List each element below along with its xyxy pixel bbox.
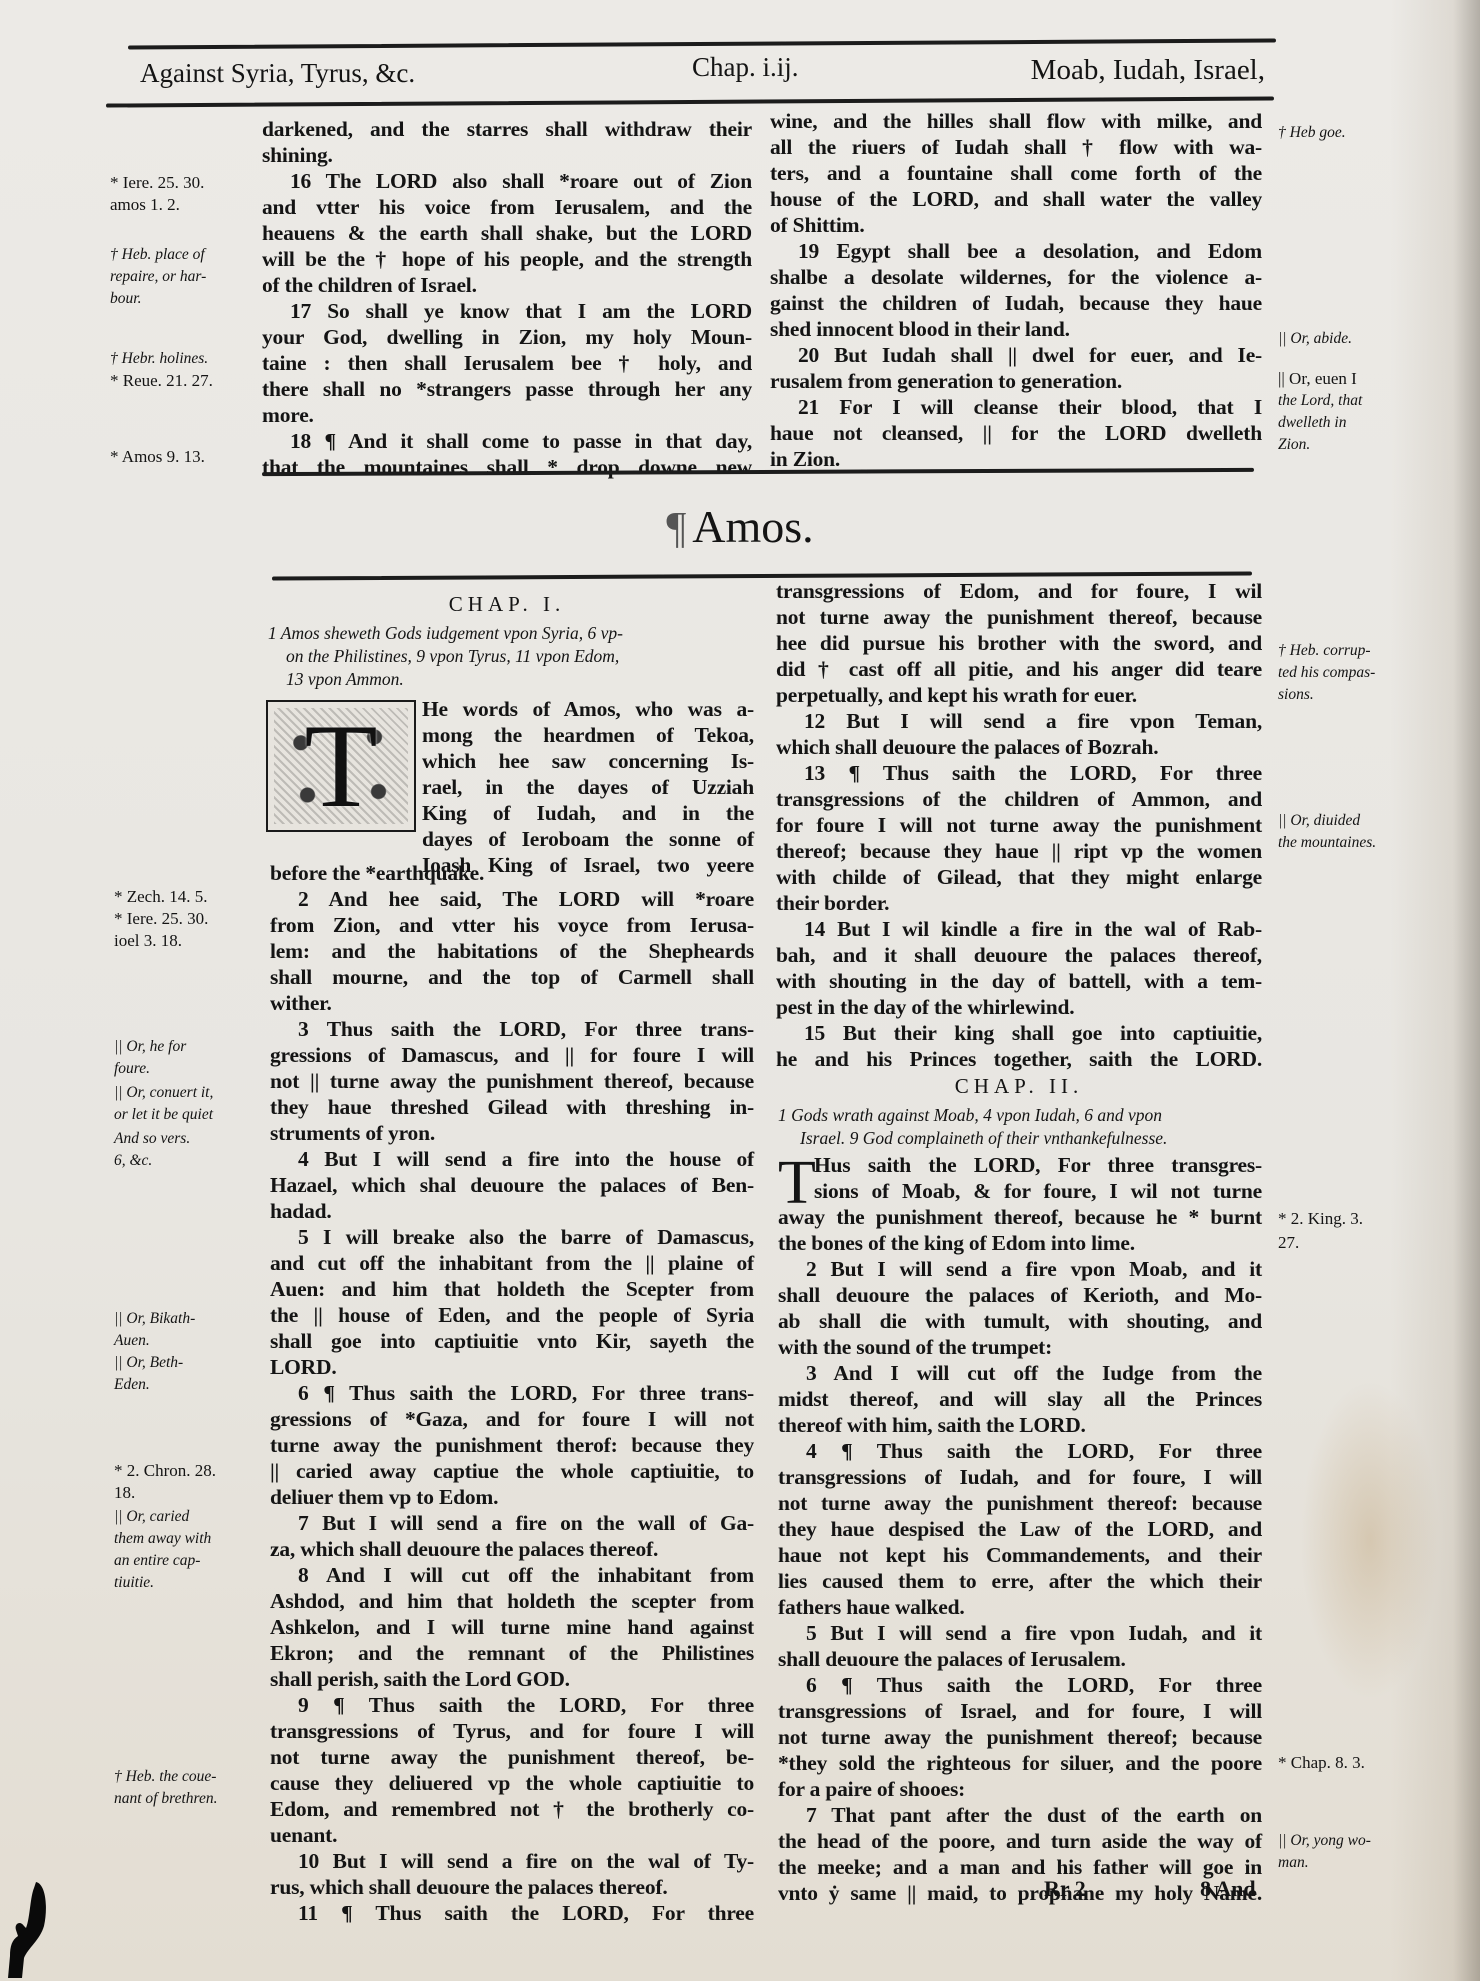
text-line: not turne away the punishment thereof, b… bbox=[270, 1744, 754, 1770]
text-line: there shall no *strangers passe through … bbox=[262, 376, 752, 402]
text-line: not turne away the punishment thereof: b… bbox=[778, 1490, 1262, 1516]
text-line: wither. bbox=[270, 990, 754, 1016]
margin-note: * Reue. 21. 27. bbox=[110, 370, 213, 392]
text-line: fathers haue walked. bbox=[778, 1594, 1262, 1620]
text-line: gainst the children of Iudah, because th… bbox=[770, 290, 1262, 316]
text-line: house of the LORD, and shall water the v… bbox=[770, 186, 1262, 212]
margin-note: nant of brethren. bbox=[114, 1788, 217, 1810]
text-line: shining. bbox=[262, 142, 752, 168]
margin-note: † Hebr. holines. bbox=[110, 348, 208, 370]
text-line: ters, and a fountaine shall come forth o… bbox=[770, 160, 1262, 186]
margin-note: || Or, euen I bbox=[1278, 368, 1357, 390]
verse-4: 4 But I will send a fire into the house … bbox=[270, 1146, 754, 1172]
text-line: heauens & the earth shall shake, but the… bbox=[262, 220, 752, 246]
verse-12: 12 But I will send a fire vpon Teman, bbox=[776, 708, 1262, 734]
text-line: deliuer them vp to Edom. bbox=[270, 1484, 754, 1510]
text-line: their border. bbox=[776, 890, 1262, 916]
verse-17: 17 So shall ye know that I am the LORD bbox=[262, 298, 752, 324]
running-header-right: Moab, Iudah, Israel, bbox=[1031, 54, 1265, 87]
text-line: thereof; because they haue || ript vp th… bbox=[776, 838, 1262, 864]
verse-18: 18 ¶ And it shall come to passe in that … bbox=[262, 428, 752, 454]
chapter-1-left-column: before the *earthquake. 2 And hee said, … bbox=[270, 860, 754, 1926]
margin-note: And so vers. bbox=[114, 1128, 190, 1150]
text-line: the bones of the king of Edom into lime. bbox=[778, 1230, 1262, 1256]
margin-note: foure. bbox=[114, 1058, 150, 1080]
verse-4: 4 ¶ Thus saith the LORD, For three bbox=[778, 1438, 1262, 1464]
text-line: shall deuoure the palaces of Kerioth, an… bbox=[778, 1282, 1262, 1308]
book-title: ¶Amos. bbox=[0, 500, 1480, 553]
margin-note: * 2. King. 3. bbox=[1278, 1208, 1363, 1230]
margin-note: * 2. Chron. 28. bbox=[114, 1460, 216, 1482]
running-header-chapter: Chap. i.ij. bbox=[692, 52, 799, 83]
text-line: turne away the punishment therof: becaus… bbox=[270, 1432, 754, 1458]
text-line: *they sold the righteous for siluer, and… bbox=[778, 1750, 1262, 1776]
text-line: Hus saith the LORD, For three transgres- bbox=[814, 1152, 1262, 1178]
margin-note: || Or, Bikath- bbox=[114, 1308, 195, 1330]
catchword: 8 And bbox=[1200, 1876, 1256, 1902]
signature-mark: Rr 2 bbox=[1044, 1876, 1086, 1902]
margin-note: tiuitie. bbox=[114, 1572, 154, 1594]
margin-note: † Heb. corrup- bbox=[1278, 640, 1371, 662]
text-line: the || house of Eden, and the people of … bbox=[270, 1302, 754, 1328]
verse-10: 10 But I will send a fire on the wal of … bbox=[270, 1848, 754, 1874]
verse-20: 20 But Iudah shall || dwel for euer, and… bbox=[770, 342, 1262, 368]
text-line: || caried away captiue the whole captiui… bbox=[270, 1458, 754, 1484]
margin-note: * Zech. 14. 5. bbox=[114, 886, 207, 908]
text-line: mong the heardmen of Tekoa, bbox=[422, 722, 754, 748]
book-title-text: Amos. bbox=[692, 501, 813, 552]
text-line: not turne away the punishment thereof; b… bbox=[778, 1724, 1262, 1750]
margin-note: repaire, or har- bbox=[110, 266, 206, 288]
drop-cap-letter: T bbox=[304, 706, 377, 826]
text-line: did † cast off all pitie, and his anger … bbox=[776, 656, 1262, 682]
text-line: hee did pursue his brother with the swor… bbox=[776, 630, 1262, 656]
margin-note: || Or, abide. bbox=[1278, 328, 1352, 350]
text-line: lem: and the habitations of the Shephear… bbox=[270, 938, 754, 964]
text-line: midst thereof, and will slay all the Pri… bbox=[778, 1386, 1262, 1412]
chapter-1-right-column: transgressions of Edom, and for foure, I… bbox=[776, 578, 1262, 1072]
margin-note: 6, &c. bbox=[114, 1150, 152, 1172]
margin-note: * Iere. 25. 30. bbox=[110, 172, 204, 194]
text-line: haue not cleansed, || for the LORD dwell… bbox=[770, 420, 1262, 446]
header-bottom-rule bbox=[106, 96, 1274, 107]
margin-note: ted his compas- bbox=[1278, 662, 1375, 684]
verse-6: 6 ¶ Thus saith the LORD, For three bbox=[778, 1672, 1262, 1698]
margin-note: * Chap. 8. 3. bbox=[1278, 1752, 1365, 1774]
text-line: they haue despised the Law of the LORD, … bbox=[778, 1516, 1262, 1542]
text-line: with childe of Gilead, that they might e… bbox=[776, 864, 1262, 890]
text-line: Ashdod, and him that holdeth the scepter… bbox=[270, 1588, 754, 1614]
verse-8: 8 And I will cut off the inhabitant from bbox=[270, 1562, 754, 1588]
text-line: gressions of *Gaza, and for foure I will… bbox=[270, 1406, 754, 1432]
text-line: Ashkelon, and I will turne mine hand aga… bbox=[270, 1614, 754, 1640]
text-line: shall deuoure the palaces of Ierusalem. bbox=[778, 1646, 1262, 1672]
chapter-1-heading: CHAP. I. bbox=[262, 592, 752, 617]
top-left-margin-notes: * Iere. 25. 30. amos 1. 2. † Heb. place … bbox=[110, 172, 260, 472]
text-line: shall goe into captiuitie vnto Kir, saye… bbox=[270, 1328, 754, 1354]
text-line: Hazael, which shal deuoure the palaces o… bbox=[270, 1172, 754, 1198]
text-line: He words of Amos, who was a- bbox=[422, 696, 754, 722]
top-right-column: wine, and the hilles shall flow with mil… bbox=[770, 108, 1262, 472]
pilcrow-icon: ¶ bbox=[666, 503, 686, 552]
verse-16: 16 The LORD also shall *roare out of Zio… bbox=[262, 168, 752, 194]
verse-13: 13 ¶ Thus saith the LORD, For three bbox=[776, 760, 1262, 786]
text-line: transgressions of Iudah, and for foure, … bbox=[778, 1464, 1262, 1490]
text-line: shalbe a desolate wildernes, for the vio… bbox=[770, 264, 1262, 290]
text-line: for foure I will not turne away the puni… bbox=[776, 812, 1262, 838]
verse-19: 19 Egypt shall bee a desolation, and Edo… bbox=[770, 238, 1262, 264]
text-line: darkened, and the starres shall withdraw… bbox=[262, 116, 752, 142]
text-line: which shall deuoure the palaces of Bozra… bbox=[776, 734, 1262, 760]
text-line: shed innocent blood in their land. bbox=[770, 316, 1262, 342]
text-line: rus, which shall deuoure the palaces the… bbox=[270, 1874, 754, 1900]
text-line: wine, and the hilles shall flow with mil… bbox=[770, 108, 1262, 134]
text-line: rusalem from generation to generation. bbox=[770, 368, 1262, 394]
chapter-2-heading: CHAP. II. bbox=[776, 1074, 1262, 1099]
margin-note: Zion. bbox=[1278, 434, 1310, 456]
text-line: and cut off the inhabitant from the || p… bbox=[270, 1250, 754, 1276]
text-line: shall mourne, and the top of Carmell sha… bbox=[270, 964, 754, 990]
verse-2: 2 And hee said, The LORD will *roare bbox=[270, 886, 754, 912]
text-line: transgressions of Israel, and for foure,… bbox=[778, 1698, 1262, 1724]
text-line: lies caused them to erre, after the whic… bbox=[778, 1568, 1262, 1594]
text-line: bah, and it shall deuoure the palaces th… bbox=[776, 942, 1262, 968]
text-line: the meeke; and a man and his father will… bbox=[778, 1854, 1262, 1880]
verse-5: 5 I will breake also the barre of Damasc… bbox=[270, 1224, 754, 1250]
chapter-1-left-margin-notes: * Zech. 14. 5. * Iere. 25. 30. ioel 3. 1… bbox=[114, 886, 264, 1886]
text-line: transgressions of Edom, and for foure, I… bbox=[776, 578, 1262, 604]
margin-note: an entire cap- bbox=[114, 1550, 200, 1572]
chapter-2-opening: Hus saith the LORD, For three transgres-… bbox=[814, 1152, 1262, 1204]
text-line: za, which shall deuoure the palaces ther… bbox=[270, 1536, 754, 1562]
text-line: haue not kept his Commandements, and the… bbox=[778, 1542, 1262, 1568]
verse-9: 9 ¶ Thus saith the LORD, For three bbox=[270, 1692, 754, 1718]
text-line: ab shall die with tumult, with shouting,… bbox=[778, 1308, 1262, 1334]
text-line: hadad. bbox=[270, 1198, 754, 1224]
margin-note: the Lord, that bbox=[1278, 390, 1362, 412]
text-line: taine : then shall Ierusalem bee † holy,… bbox=[262, 350, 752, 376]
margin-note: or let it be quiet bbox=[114, 1104, 213, 1126]
margin-note: amos 1. 2. bbox=[110, 194, 180, 216]
text-line: not || turne away the punishment thereof… bbox=[270, 1068, 754, 1094]
text-line: before the *earthquake. bbox=[270, 860, 754, 886]
verse-14: 14 But I wil kindle a fire in the wal of… bbox=[776, 916, 1262, 942]
margin-note: || Or, caried bbox=[114, 1506, 189, 1528]
text-line: for a paire of shooes: bbox=[778, 1776, 1262, 1802]
running-header: Against Syria, Tyrus, &c. Chap. i.ij. Mo… bbox=[140, 52, 1265, 92]
verse-7: 7 That pant after the dust of the earth … bbox=[778, 1802, 1262, 1828]
verse-11: 11 ¶ Thus saith the LORD, For three bbox=[270, 1900, 754, 1926]
scanned-bible-page: Against Syria, Tyrus, &c. Chap. i.ij. Mo… bbox=[0, 0, 1480, 1981]
verse-21: 21 For I will cleanse their blood, that … bbox=[770, 394, 1262, 420]
text-line: cause they deliuered vp the whole captiu… bbox=[270, 1770, 754, 1796]
text-line: gressions of Damascus, and || for foure … bbox=[270, 1042, 754, 1068]
margin-note: || Or, he for bbox=[114, 1036, 186, 1058]
margin-note: ioel 3. 18. bbox=[114, 930, 182, 952]
margin-note: * Iere. 25. 30. bbox=[114, 908, 208, 930]
verse-2: 2 But I will send a fire vpon Moab, and … bbox=[778, 1256, 1262, 1282]
verse-3: 3 And I will cut off the Iudge from the bbox=[778, 1360, 1262, 1386]
text-line: will be the † hope of his people, and th… bbox=[262, 246, 752, 272]
text-line: Edom, and remembred not † the brotherly … bbox=[270, 1796, 754, 1822]
chapter-1-right-margin-notes: † Heb. corrup- ted his compas- sions. ||… bbox=[1278, 640, 1478, 880]
text-line: pest in the day of the whirlewind. bbox=[776, 994, 1262, 1020]
chapter-1-summary: 1 Amos sheweth Gods iudgement vpon Syria… bbox=[268, 622, 754, 691]
verse-5: 5 But I will send a fire vpon Iudah, and… bbox=[778, 1620, 1262, 1646]
text-line: the head of the poore, and turn aside th… bbox=[778, 1828, 1262, 1854]
margin-note: † Heb. place of bbox=[110, 244, 205, 266]
text-line: rael, in the dayes of Uzziah bbox=[422, 774, 754, 800]
margin-note: 18. bbox=[114, 1482, 135, 1504]
margin-note: || Or, conuert it, bbox=[114, 1082, 213, 1104]
margin-note: || Or, yong wo- bbox=[1278, 1830, 1371, 1852]
text-line: away the punishment thereof, because he … bbox=[778, 1204, 1262, 1230]
margin-note: dwelleth in bbox=[1278, 412, 1346, 434]
verse-7: 7 But I will send a fire on the wall of … bbox=[270, 1510, 754, 1536]
text-line: your God, dwelling in Zion, my holy Moun… bbox=[262, 324, 752, 350]
text-line: they haue threshed Gilead with threshing… bbox=[270, 1094, 754, 1120]
top-left-column: darkened, and the starres shall withdraw… bbox=[262, 116, 752, 480]
margin-note: † Heb. the coue- bbox=[114, 1766, 216, 1788]
text-line: sions of Moab, & for foure, I wil not tu… bbox=[814, 1178, 1262, 1204]
text-line: of the children of Israel. bbox=[262, 272, 752, 298]
text-line: uenant. bbox=[270, 1822, 754, 1848]
text-line: dayes of Ieroboam the sonne of bbox=[422, 826, 754, 852]
margin-note: Eden. bbox=[114, 1374, 150, 1396]
text-line: with the sound of the trumpet: bbox=[778, 1334, 1262, 1360]
text-line: King of Iudah, and in the bbox=[422, 800, 754, 826]
text-line: all the riuers of Iudah shall † flow wit… bbox=[770, 134, 1262, 160]
margin-note: † Heb goe. bbox=[1278, 122, 1346, 144]
margin-note: Auen. bbox=[114, 1330, 150, 1352]
text-line: Auen: and him that holdeth the Scepter f… bbox=[270, 1276, 754, 1302]
summary-line: 13 vpon Ammon. bbox=[268, 668, 754, 691]
text-line: not turne away the punishment thereof, b… bbox=[776, 604, 1262, 630]
text-line: struments of yron. bbox=[270, 1120, 754, 1146]
chapter-2-column: away the punishment thereof, because he … bbox=[778, 1204, 1262, 1906]
summary-line: on the Philistines, 9 vpon Tyrus, 11 vpo… bbox=[268, 645, 754, 668]
top-right-margin-notes: † Heb goe. || Or, abide. || Or, euen I t… bbox=[1278, 122, 1478, 472]
chapter-2-summary: 1 Gods wrath against Moab, 4 vpon Iudah,… bbox=[778, 1104, 1262, 1150]
text-line: which hee saw concerning Is- bbox=[422, 748, 754, 774]
text-line: transgressions of the children of Ammon,… bbox=[776, 786, 1262, 812]
text-line: from Zion, and vtter his voyce from Ieru… bbox=[270, 912, 754, 938]
summary-line: 1 Gods wrath against Moab, 4 vpon Iudah,… bbox=[778, 1104, 1262, 1127]
ornamental-drop-cap: T bbox=[266, 700, 416, 832]
text-line: he and his Princes together, saith the L… bbox=[776, 1046, 1262, 1072]
text-line: LORD. bbox=[270, 1354, 754, 1380]
text-line: vnto ẏ same || maid, to prophane my holy… bbox=[778, 1880, 1262, 1906]
ink-blot-icon bbox=[4, 1878, 48, 1978]
header-top-rule bbox=[128, 38, 1276, 49]
text-line: of Shittim. bbox=[770, 212, 1262, 238]
text-line: thereof with him, saith the LORD. bbox=[778, 1412, 1262, 1438]
verse-3: 3 Thus saith the LORD, For three trans- bbox=[270, 1016, 754, 1042]
margin-note: man. bbox=[1278, 1852, 1309, 1874]
text-line: that the mountaines shall * drop downe n… bbox=[262, 454, 752, 480]
margin-note: 27. bbox=[1278, 1232, 1299, 1254]
text-line: Ekron; and the remnant of the Philistine… bbox=[270, 1640, 754, 1666]
margin-note: || Or, diuided bbox=[1278, 810, 1360, 832]
summary-line: Israel. 9 God complaineth of their vntha… bbox=[778, 1127, 1262, 1150]
text-line: shall perish, saith the Lord GOD. bbox=[270, 1666, 754, 1692]
chapter-2-right-margin-notes: * 2. King. 3. 27. * Chap. 8. 3. || Or, y… bbox=[1278, 1208, 1478, 1908]
chapter-1-opening: He words of Amos, who was a- mong the he… bbox=[422, 696, 754, 878]
margin-note: the mountaines. bbox=[1278, 832, 1376, 854]
running-header-left: Against Syria, Tyrus, &c. bbox=[140, 58, 415, 89]
text-line: with shouting in the day of battell, wit… bbox=[776, 968, 1262, 994]
text-line: perpetually, and kept his wrath for euer… bbox=[776, 682, 1262, 708]
verse-6: 6 ¶ Thus saith the LORD, For three trans… bbox=[270, 1380, 754, 1406]
verse-15: 15 But their king shall goe into captiui… bbox=[776, 1020, 1262, 1046]
margin-note: || Or, Beth- bbox=[114, 1352, 183, 1374]
text-line: and vtter his voice from Ierusalem, and … bbox=[262, 194, 752, 220]
summary-line: 1 Amos sheweth Gods iudgement vpon Syria… bbox=[268, 622, 754, 645]
margin-note: * Amos 9. 13. bbox=[110, 446, 205, 468]
margin-note: them away with bbox=[114, 1528, 211, 1550]
margin-note: bour. bbox=[110, 288, 141, 310]
text-line: transgressions of Tyrus, and for foure I… bbox=[270, 1718, 754, 1744]
text-line: more. bbox=[262, 402, 752, 428]
margin-note: sions. bbox=[1278, 684, 1314, 706]
